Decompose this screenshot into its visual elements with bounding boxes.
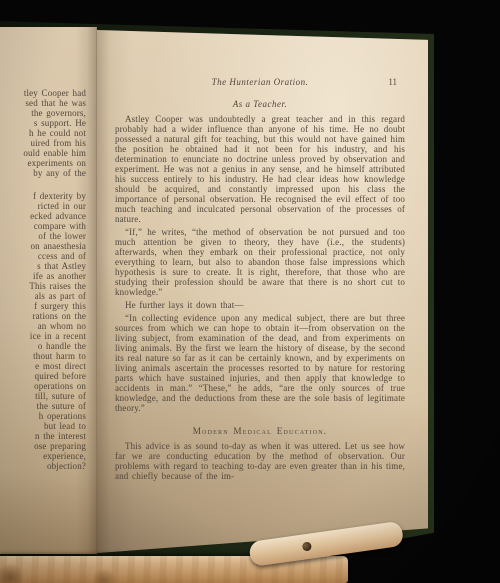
left-page-text-top: tley Cooper had sed that he was the gove…: [0, 88, 86, 178]
subheading-modern-medical-education: Modern Medical Education.: [115, 426, 405, 436]
stand-screw: [302, 541, 312, 551]
running-header: The Hunterian Oration.: [212, 77, 309, 87]
quote-three-sources: “In collecting evidence upon any medical…: [115, 313, 405, 413]
running-header-row: The Hunterian Oration.: [115, 72, 405, 90]
left-page-text-bottom: f dexterity by ricted in our ecked advan…: [0, 191, 86, 471]
page-text-column: Astley Cooper was undoubtedly a great te…: [115, 114, 405, 484]
right-page: The Hunterian Oration. 11 As a Teacher. …: [97, 30, 428, 553]
page-number: 11: [388, 77, 397, 87]
left-page: tley Cooper had sed that he was the gove…: [0, 27, 97, 554]
paragraph-modern-education: This advice is as sound to-day as when i…: [115, 441, 405, 481]
photo-background: tley Cooper had sed that he was the gove…: [0, 0, 500, 583]
lead-in-text: He further lays it down that—: [115, 300, 405, 310]
quote-method-of-observation: “If,” he writes, “the method of observat…: [115, 227, 405, 297]
paragraph-astley-teacher: Astley Cooper was undoubtedly a great te…: [115, 114, 405, 224]
section-heading-as-a-teacher: As a Teacher.: [115, 99, 405, 109]
